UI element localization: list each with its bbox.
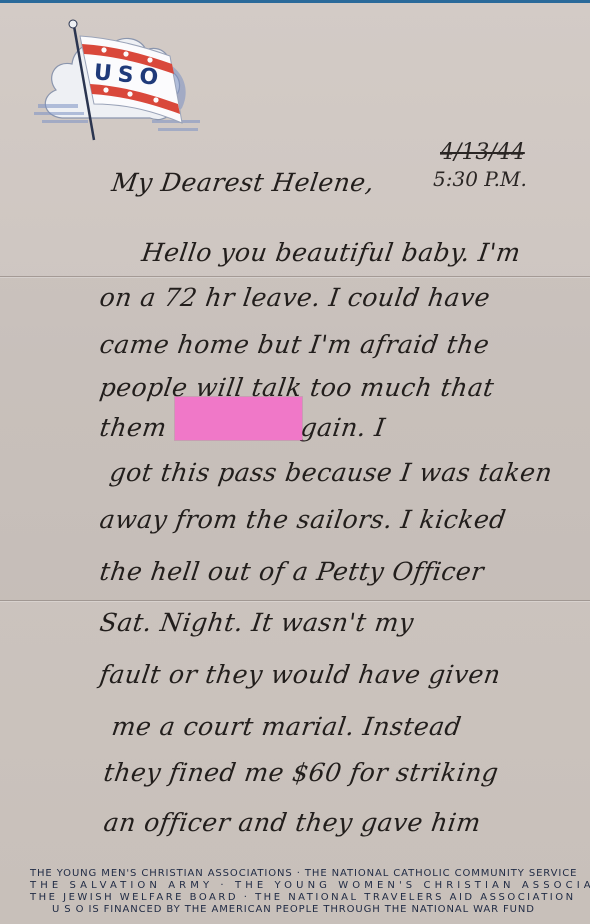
letter-line: an officer and they gave him <box>102 808 483 837</box>
letter-line: me a court marial. Instead <box>110 712 463 741</box>
date-text: 4/13/44 <box>430 140 527 166</box>
letter-line: away from the sailors. I kicked <box>98 505 508 534</box>
footer-line: U S O is financed by the American People… <box>30 904 558 916</box>
salutation: My Dearest Helene, <box>110 168 376 197</box>
background-edge <box>0 0 590 3</box>
letter-line: they fined me $60 for striking <box>102 758 501 787</box>
redaction-sticky-note <box>175 397 302 440</box>
letter-line: on a 72 hr leave. I could have <box>98 283 492 312</box>
letterhead-footer: The Young Men's Christian Associations ·… <box>30 868 558 916</box>
letter-line: got this pass because I was taken <box>108 458 554 487</box>
time-text: 5:30 P.M. <box>430 166 527 192</box>
footer-line: The Young Men's Christian Associations ·… <box>30 868 558 880</box>
letter-line: Hello you beautiful baby. I'm <box>140 238 523 267</box>
uso-flag-icon: USO <box>32 8 212 143</box>
letter-line: fault or they would have given <box>98 660 503 689</box>
letter-date: 4/13/44 5:30 P.M. <box>430 140 527 192</box>
letter-line: Sat. Night. It wasn't my <box>98 608 416 637</box>
footer-line: The Jewish Welfare Board · The National … <box>30 892 558 904</box>
fold-line <box>0 276 590 277</box>
fold-line <box>0 600 590 601</box>
letter-page: USO 4/13/44 5:30 P.M. My Dearest Helene,… <box>0 0 590 924</box>
letter-line: the hell out of a Petty Officer <box>98 557 486 586</box>
footer-line: The Salvation Army · The Young Women's C… <box>30 880 558 892</box>
letter-line: came home but I'm afraid the <box>98 330 491 359</box>
